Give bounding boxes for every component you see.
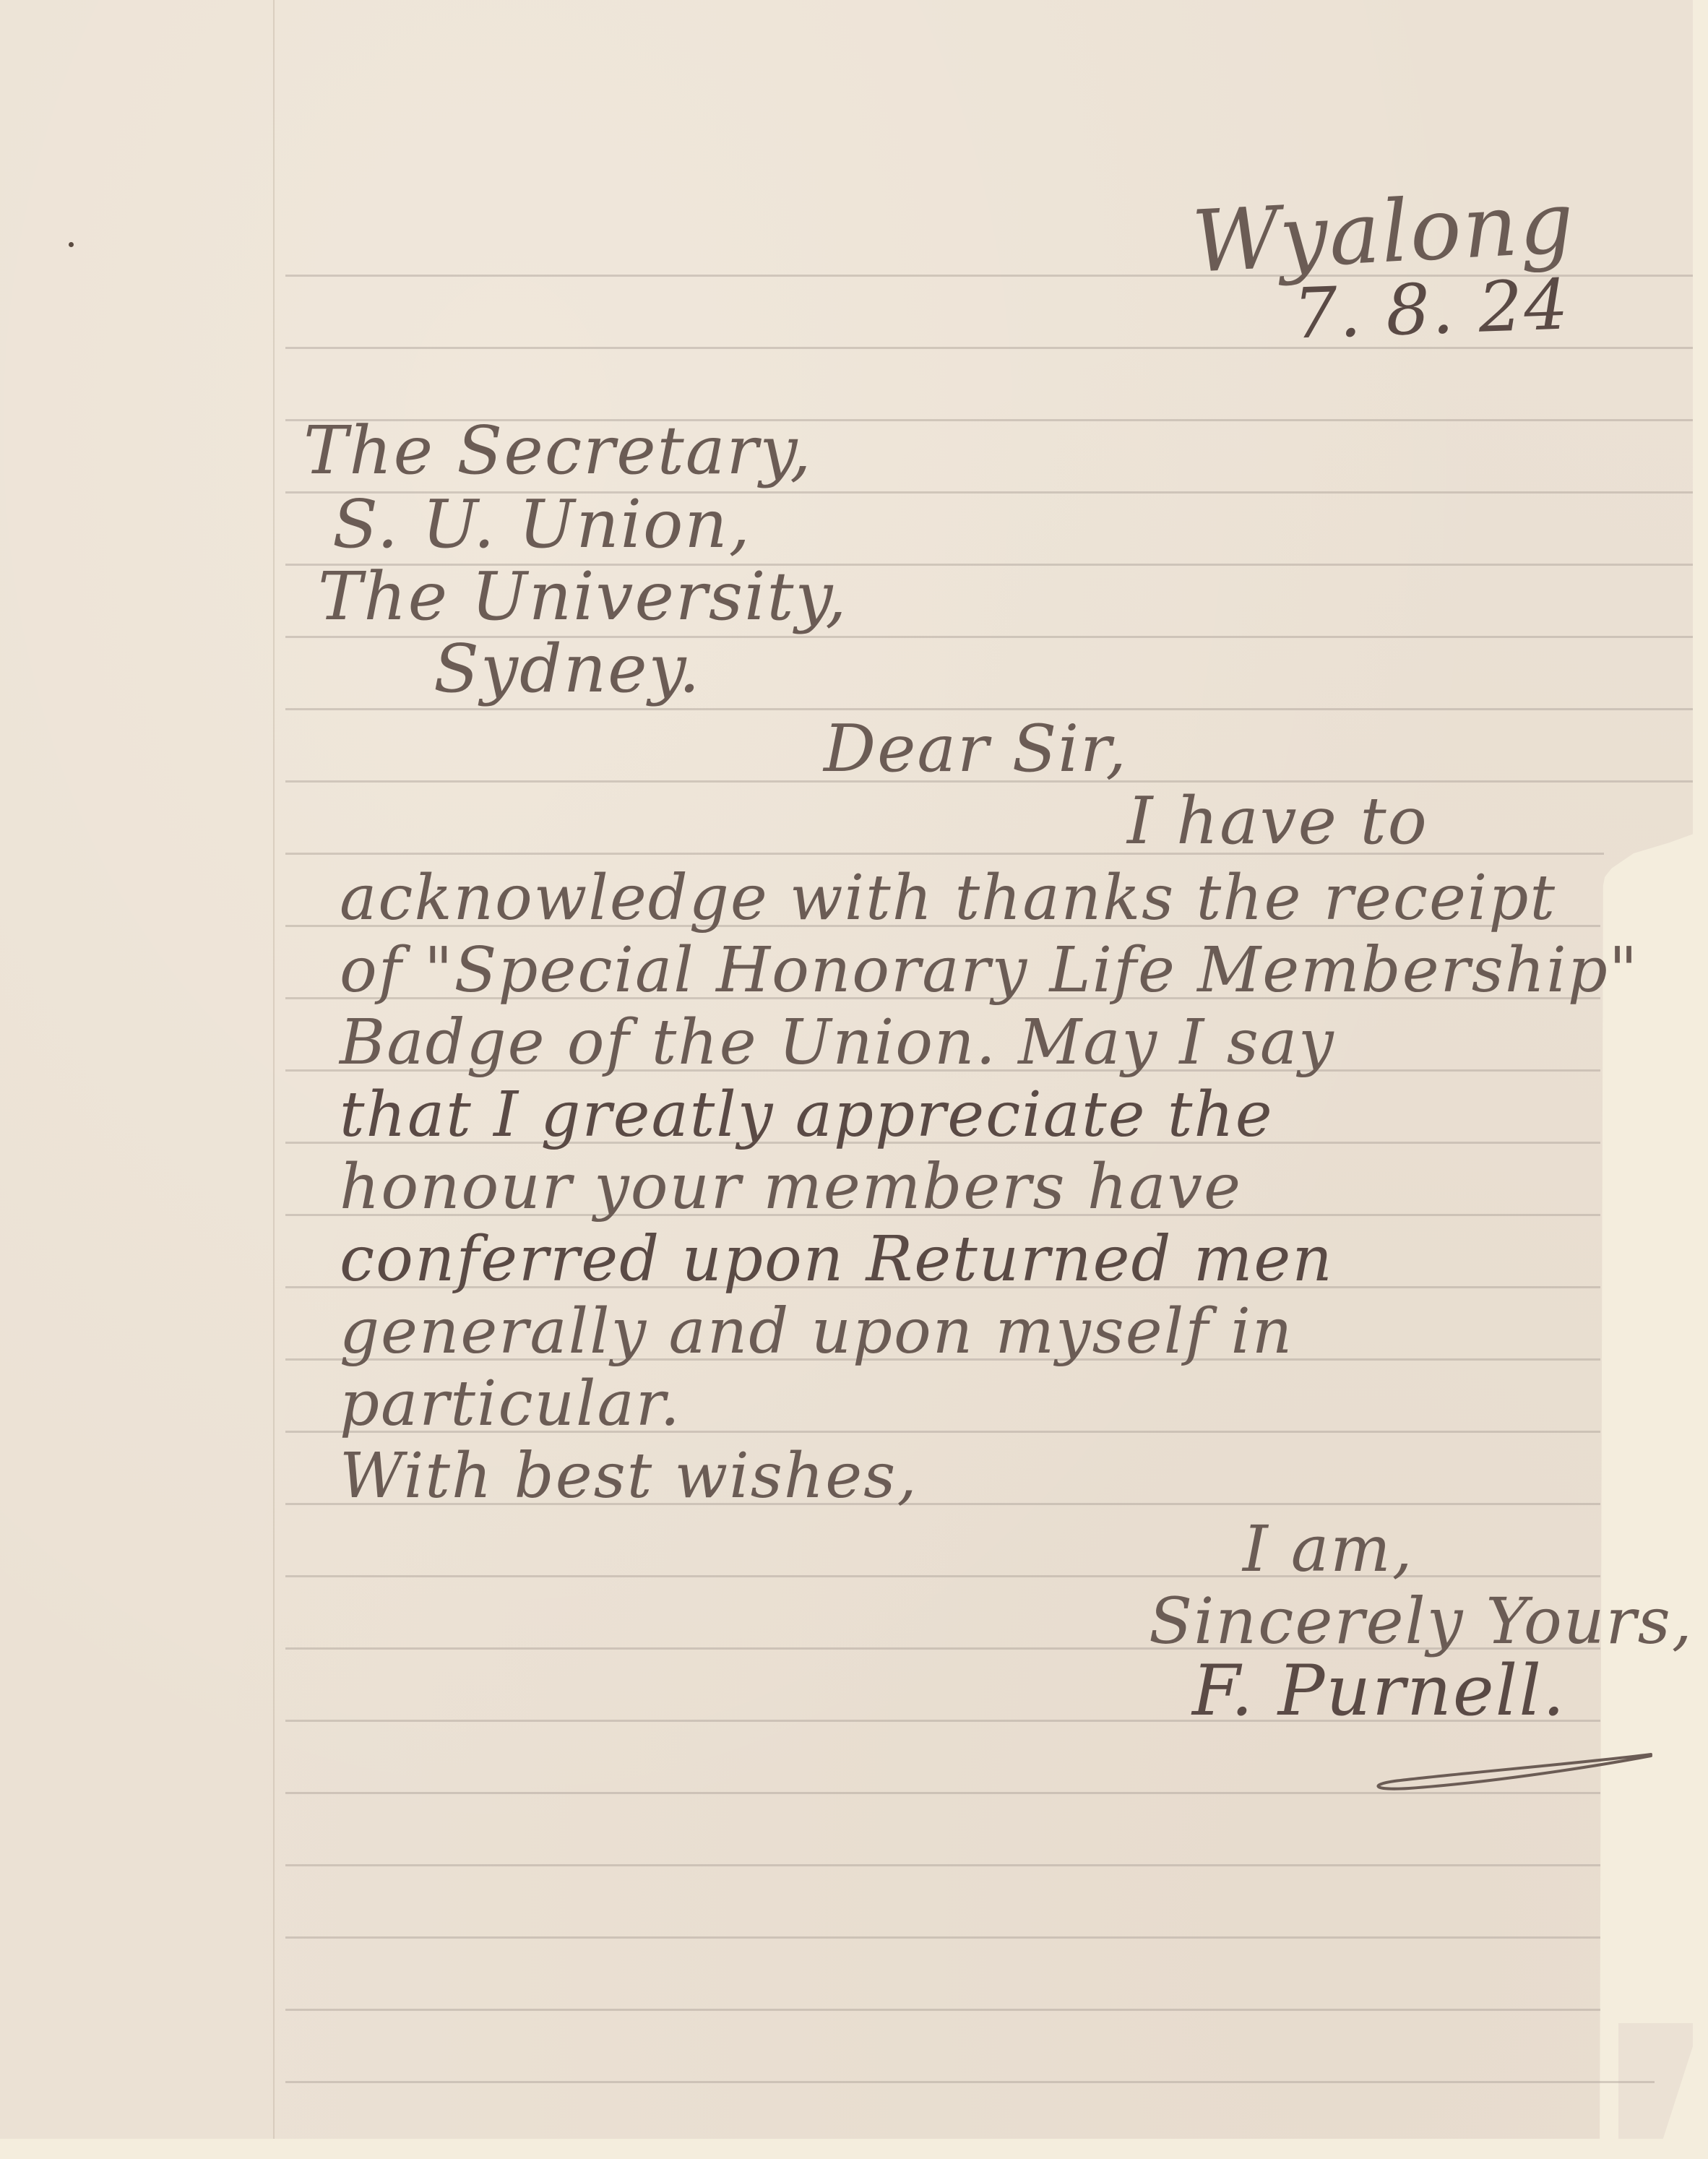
ruled-line	[285, 1792, 1600, 1794]
recipient-line-2: S. U. Union,	[332, 491, 751, 558]
body-line-8: particular.	[340, 1373, 681, 1435]
recipient-line-3: The University,	[318, 564, 848, 630]
margin-line	[273, 0, 275, 2139]
signature: F. Purnell.	[1192, 1656, 1566, 1725]
body-line-6: conferred upon Returned men	[340, 1228, 1334, 1290]
recipient-line-1: The Secretary,	[303, 418, 813, 484]
recipient-line-4: Sydney.	[434, 636, 702, 702]
body-line-2: of "Special Honorary Life Membership"	[340, 939, 1639, 1001]
closing-line-1: I am,	[1243, 1517, 1414, 1581]
body-line-1: acknowledge with thanks the receipt	[340, 867, 1556, 929]
body-line-9: With best wishes,	[340, 1445, 918, 1507]
body-line-3: Badge of the Union. May I say	[340, 1012, 1335, 1074]
ink-speck	[69, 242, 74, 247]
body-line-7: generally and upon myself in	[340, 1301, 1293, 1363]
body-line-4: that I greatly appreciate the	[340, 1084, 1274, 1146]
letter-date: 7. 8. 24	[1292, 270, 1570, 348]
signature-flourish	[1366, 1749, 1655, 1792]
body-opening: I have to	[1127, 789, 1428, 854]
ruled-line	[285, 1864, 1600, 1866]
body-line-5: honour your members have	[340, 1156, 1242, 1218]
ruled-line	[285, 2081, 1655, 2083]
salutation: Dear Sir,	[824, 717, 1128, 782]
ruled-line	[285, 1936, 1600, 1939]
ruled-line	[285, 2009, 1600, 2011]
closing-line-2: Sincerely Yours,	[1149, 1590, 1694, 1653]
ruled-line	[285, 708, 1693, 710]
